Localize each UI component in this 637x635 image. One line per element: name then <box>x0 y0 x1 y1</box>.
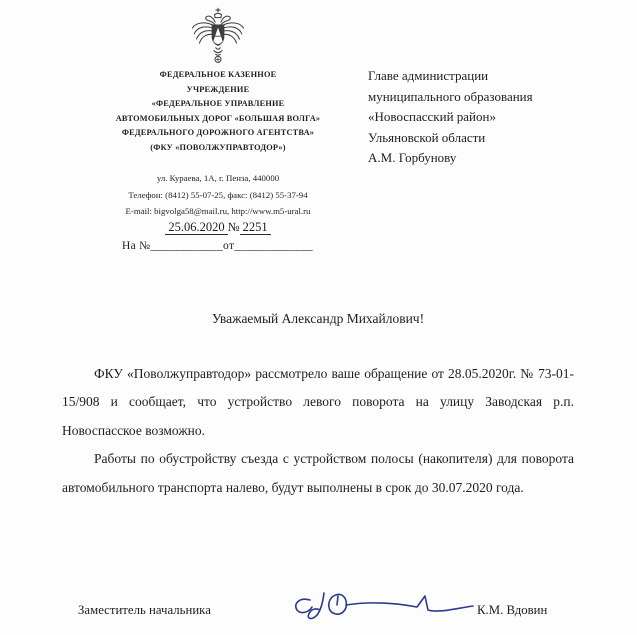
sender-org-name: ФЕДЕРАЛЬНОЕ КАЗЕННОЕ УЧРЕЖДЕНИЕ «ФЕДЕРАЛ… <box>73 68 363 156</box>
sender-email-website: E-mail: bigvolga58@mail.ru, http://www.m… <box>63 203 373 220</box>
recipient-line: муниципального образования <box>368 87 533 108</box>
letter-body: ФКУ «Поволжуправтодор» рассмотрело ваше … <box>62 360 574 502</box>
org-line: ФЕДЕРАЛЬНОЕ КАЗЕННОЕ <box>73 68 363 83</box>
recipient-block: Главе администрации муниципального образ… <box>368 66 533 169</box>
signer-name: К.М. Вдовин <box>477 603 547 618</box>
letter-date-number: 25.06.2020№2251 <box>73 220 363 235</box>
org-line: АВТОМОБИЛЬНЫХ ДОРОГ «БОЛЬШАЯ ВОЛГА» <box>73 112 363 127</box>
org-line: (ФКУ «ПОВОЛЖУПРАВТОДОР») <box>73 141 363 156</box>
recipient-line: Главе администрации <box>368 66 533 87</box>
sender-contact-info: ул. Кураева, 1А, г. Пенза, 440000 Телефо… <box>63 170 373 220</box>
sender-phone-fax: Телефон: (8412) 55-07-25, факс: (8412) 5… <box>63 187 373 204</box>
recipient-line: «Новоспасский район» <box>368 107 533 128</box>
signer-position: Заместитель начальника <box>78 603 211 618</box>
sender-address: ул. Кураева, 1А, г. Пенза, 440000 <box>63 170 373 187</box>
federal-road-agency-eagle-icon <box>189 7 247 63</box>
recipient-line: А.М. Горбунову <box>368 148 533 169</box>
org-line: ФЕДЕРАЛЬНОГО ДОРОЖНОГО АГЕНТСТВА» <box>73 126 363 141</box>
recipient-line: Ульяновской области <box>368 128 533 149</box>
body-paragraph: ФКУ «Поволжуправтодор» рассмотрело ваше … <box>62 360 574 445</box>
salutation: Уважаемый Александр Михайлович! <box>62 311 574 327</box>
number-sign: № <box>228 220 240 234</box>
reference-line: На №____________от_____________ <box>122 240 313 252</box>
letter-number: 2251 <box>240 220 271 235</box>
org-line: «ФЕДЕРАЛЬНОЕ УПРАВЛЕНИЕ <box>73 97 363 112</box>
body-paragraph: Работы по обустройству съезда с устройст… <box>62 445 574 502</box>
letter-document: ФЕДЕРАЛЬНОЕ КАЗЕННОЕ УЧРЕЖДЕНИЕ «ФЕДЕРАЛ… <box>0 0 637 635</box>
handwritten-signature-icon <box>291 586 479 626</box>
org-line: УЧРЕЖДЕНИЕ <box>73 83 363 98</box>
letter-date: 25.06.2020 <box>165 220 227 235</box>
